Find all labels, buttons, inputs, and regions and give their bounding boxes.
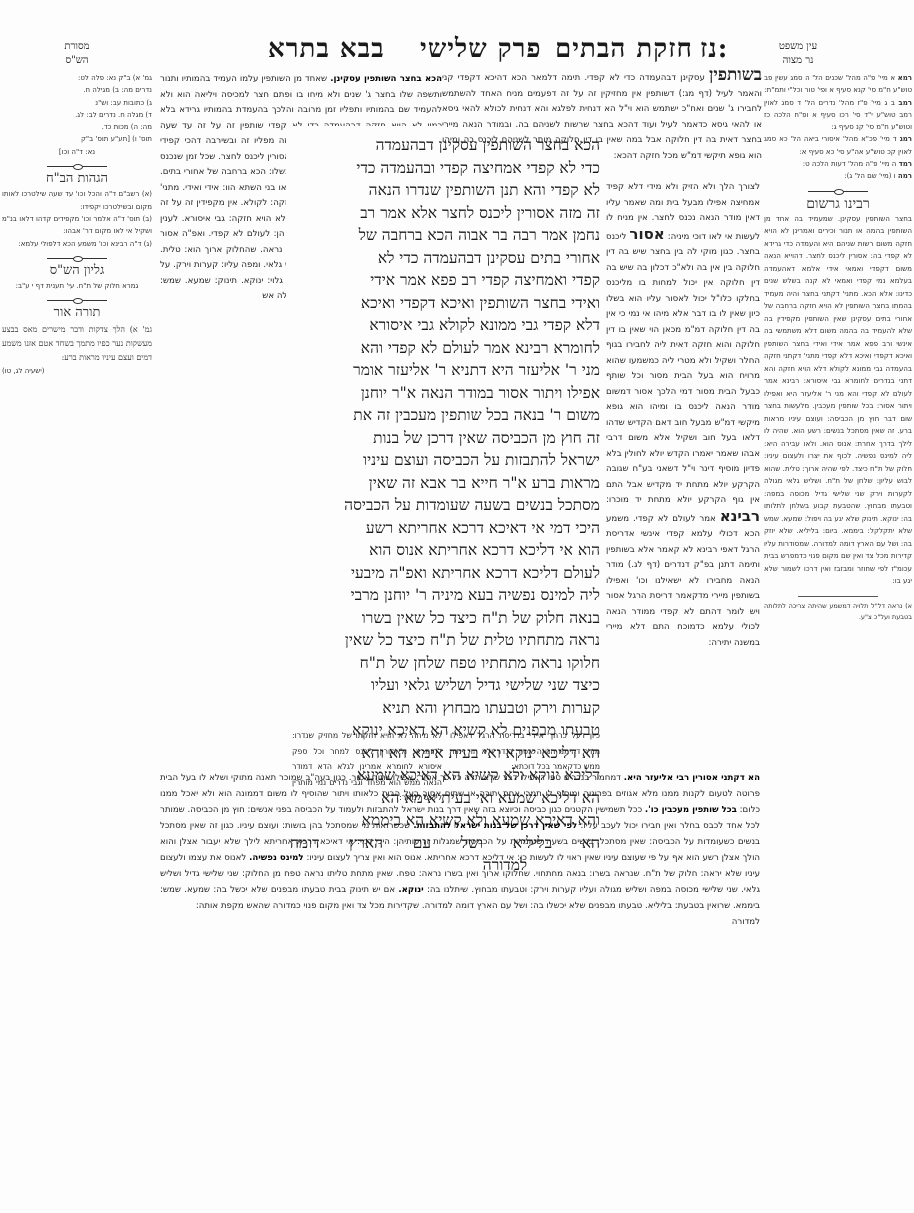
gemara-line: היכי דמי אי דאיכא דרכא אחריתא רשע [290, 517, 600, 540]
tosafot-lead: בשותפין [709, 65, 762, 85]
ein-mishpat-label: עין משפט נר מצוה [768, 40, 828, 68]
ein-mishpat-entry: רמג ד מיי' פכ"א מהל' איסורי ביאה הל' כא … [764, 133, 912, 158]
gilyon-text: גמרא חלוק של ת"ח. עי' תענית דף י ע"ב: [2, 280, 152, 292]
gemara-line: כדי לא קפדי אמחיצה קפדי ובהעמדה כדי [290, 157, 600, 180]
chapter-name: חזקת הבתים [555, 34, 693, 64]
gemara-line: הכא בחצר השותפין עסקינן דבהעמדה [290, 134, 600, 157]
masoret-line: תוס' ו) [תע"ע תוס' ב"ק [2, 133, 152, 145]
ein-mishpat-letter: ו [894, 172, 896, 180]
gemara-line: ישראל להתבזות על הכביסה ועוצם עיניו [290, 449, 600, 472]
bottom-lead: ינוקא. [398, 885, 423, 895]
ein-mishpat-entry: רמד ה מיי' פ"ה מהל' דעות הלכה ט: [764, 158, 912, 170]
ein-mishpat-text: מיי' פכ"א מהל' איסורי ביאה הל' כא סמג לא… [764, 135, 912, 155]
ein-mishpat-letter: ב ג [884, 99, 894, 107]
ein-mishpat-letter: א [890, 74, 895, 82]
torah-or-source: (ישעיה לג, טו) [2, 365, 152, 377]
gemara-line: הוא אי דליכא דרכא אחריתא אנוס הוא [290, 539, 600, 562]
tosafot-ravina-text: אמר לעולם לא קפדי. משמע הכא דכולי עלמא ק… [606, 514, 760, 648]
bottom-last-line: למדורה [160, 914, 760, 930]
masoret-line: ד) מגלה ח. נדרים לב: לג. [2, 109, 152, 121]
gemara-line: כיצד שני שלישי גדיל ושליש גלאי ועליו [290, 674, 600, 697]
rabbeinu-gershom-title: רבינו גרשום [764, 198, 912, 210]
rashbam-lead: הכא בחצר השותפין עסקינן. [330, 74, 442, 84]
footnote: א) נראה דל"ל תלויה דמשמע שהיתה צריכה לתל… [764, 601, 912, 623]
tosafot-bold-word: אסור [629, 225, 664, 243]
masoret-line: נדרים מה: ב) מגילה ח. [2, 84, 152, 96]
ein-mishpat-mark: רמה [898, 172, 912, 180]
bottom-lead: בכל שותפין מעכבין כו'. [645, 805, 737, 815]
bottom-commentary: הא דקתני אסורין רבי אליעזר היא. דמחמיר ב… [160, 770, 760, 930]
bach-title: הגהות הב"ח [2, 173, 152, 185]
bach-entry: (ג) ד"ה רבינא וכו' משמע הכא דלפולי עלמא: [2, 238, 152, 250]
tractate-name: בבא בתרא [268, 34, 385, 64]
ornament-divider [47, 166, 107, 167]
gemara-line: זה חוץ מן הכביסה שאין דרכן של בנות [290, 427, 600, 450]
gemara-line: מסתכל בנשים בשעה שעומדות על הכביסה [290, 494, 600, 517]
gemara-line: אפילו ויתור אסור במודר הנאה א"ר יוחנן [290, 382, 600, 405]
masoret-label-line1: מסורת [52, 40, 102, 54]
ein-mishpat-text: (מיי' שם הל' ג): [844, 172, 891, 180]
bottom-right-snippet: כיון דעל כרחך איירי בדריסת הרגל דאפילו מ… [450, 731, 600, 771]
ein-mishpat-label-line1: עין משפט [768, 40, 828, 54]
masoret-hashas: גמ' א) ב"ק נא: פלה לט: נדרים מה: ב) מגיל… [2, 72, 152, 158]
bottom-lead: הא דקתני אסורין רבי אליעזר היא. [624, 773, 760, 783]
right-margin: רמא א מיי' פ"ה מהל' שכנים הל' ה סמג עשין… [764, 72, 912, 623]
torah-or-text: גמ' א) הלך צדקות ודבר מישרים מאס בבצע מע… [2, 323, 152, 365]
masoret-label-line2: הש"ס [52, 54, 102, 68]
ein-mishpat-entry: רמה ו (מיי' שם הל' ג): [764, 170, 912, 182]
ein-mishpat-label-line2: נר מצוה [768, 54, 828, 68]
gemara-line: קערות וירק וטבעתו מבחוץ והא תניא [290, 697, 600, 720]
ein-mishpat-mark: רמד [899, 160, 912, 168]
ornament-divider [47, 300, 107, 301]
masoret-line: ג) כתובות עב: וש"נ [2, 97, 152, 109]
tosafot-under-gemara-right: כיון דעל כרחך איירי בדריסת הרגל דאפילו מ… [450, 728, 600, 775]
bottom-lead: למינס נפשיה. [249, 853, 304, 863]
gemara-line: ליה למינס נפשיה בעא מיניה ר' יוחנן מרבי [290, 584, 600, 607]
gemara-line: קפדי ואמחיצה קפדי רב פפא אמר אידי [290, 269, 600, 292]
tosafot-side: לצורך הלך ולא הזיק ולא מידי דלא קפיד אמח… [606, 180, 760, 651]
gemara-line: דלא קפדי גבי ממונא לקולא גבי איסורא [290, 314, 600, 337]
gemara-line: נחמן אמר רבה בר אבוה הכא ברחבה של [290, 224, 600, 247]
ein-mishpat-letter: ד [893, 135, 897, 143]
masoret-line: מה: ה) מכות כד. [2, 121, 152, 133]
daf-number: נז: [700, 34, 728, 64]
bottom-lead: לפי שאין דרכן של בנות ישראל להתבזות. [413, 821, 577, 831]
gemara-line: חלוקו נראה מתחתיו טפח שלחן של ת"ח [290, 652, 600, 675]
gemara-line: לא קפדי והא תנן השותפין שנדרו הנאה [290, 179, 600, 202]
ein-mishpat-letter: ה [892, 160, 897, 168]
bach-entry: (א) רשב"ם ד"ה והכל וכו' עד שעה שילטרכו ל… [2, 188, 152, 213]
gemara-line: ואידי בחצר השותפין ואיכא דקפדי ואיכא [290, 292, 600, 315]
gilyon-title: גליון הש"ס [2, 265, 152, 277]
rabbeinu-gershom-text: בחצר השותפין עסקינן. שמעמיד בה אחד מן הש… [764, 213, 912, 588]
ein-mishpat-mark: רמב [898, 99, 912, 107]
page-header: מסורת הש"ס בבא בתרא פרק שלישי חזקת הבתים… [0, 0, 914, 70]
gemara-line: אחורי בתים עסקינן דבהעמדה כדי לא [290, 247, 600, 270]
ein-mishpat-mark: רמג [900, 135, 912, 143]
footnote-rule [798, 596, 878, 597]
tosafot-ravina-lead: רבינא [720, 507, 760, 525]
masoret-label: מסורת הש"ס [52, 40, 102, 68]
ein-mishpat-text: מיי' פ"ה מהל' דעות הלכה ט: [803, 160, 890, 168]
gemara-line: בנאה חלוק של ת"ח כיצד כל שאין בשרו [290, 607, 600, 630]
gemara-line: מני ר' אליעזר היא דתניא ר' אליעזר אומר [290, 359, 600, 382]
masoret-line: גמ' א) ב"ק נא: פלה לט: [2, 72, 152, 84]
gemara-line: זה מזה אסורין ליכנס לחצר אלא אמר רב [290, 202, 600, 225]
masoret-line: נא: ד"ה וכו] [2, 146, 152, 158]
ornament-divider [47, 258, 107, 259]
gemara-line: לחומרא רבינא אמר לעולם לא קפדי והא [290, 337, 600, 360]
chapter-number: פרק שלישי [420, 34, 542, 64]
gemara-line: מראות ברע א"ר חייא בר אבא זה שאין [290, 472, 600, 495]
bach-entry: (ב) תוס' ד"ה אלמר וכו' מקפידים קדהו דלאו… [2, 213, 152, 238]
gemara-line: נראה מתחתיו טלית של ת"ח כיצד כל שאין [290, 629, 600, 652]
ein-mishpat-mark: רמא [898, 74, 912, 82]
ein-mishpat-entry: רמא א מיי' פ"ה מהל' שכנים הל' ה סמג עשין… [764, 72, 912, 97]
gemara-line: משום ר' בנאה בכל שותפין מעכבין זה את [290, 404, 600, 427]
tosafot-side-text-after: ליכנס בחצר. כגון מוקי לה בין בחצר שיש בה… [606, 232, 760, 506]
ornament-divider [808, 191, 868, 192]
ein-mishpat-entry: רמב ב ג מיי' פ"ז מהל' נדרים הל' ד סמג לא… [764, 97, 912, 134]
gemara-line: לעולם דליכא דרכא אחריתא ואפ"ה מיבעי [290, 562, 600, 585]
torah-or-title: תורה אור [2, 307, 152, 319]
left-margin: גמ' א) ב"ק נא: פלה לט: נדרים מה: ב) מגיל… [2, 72, 152, 377]
